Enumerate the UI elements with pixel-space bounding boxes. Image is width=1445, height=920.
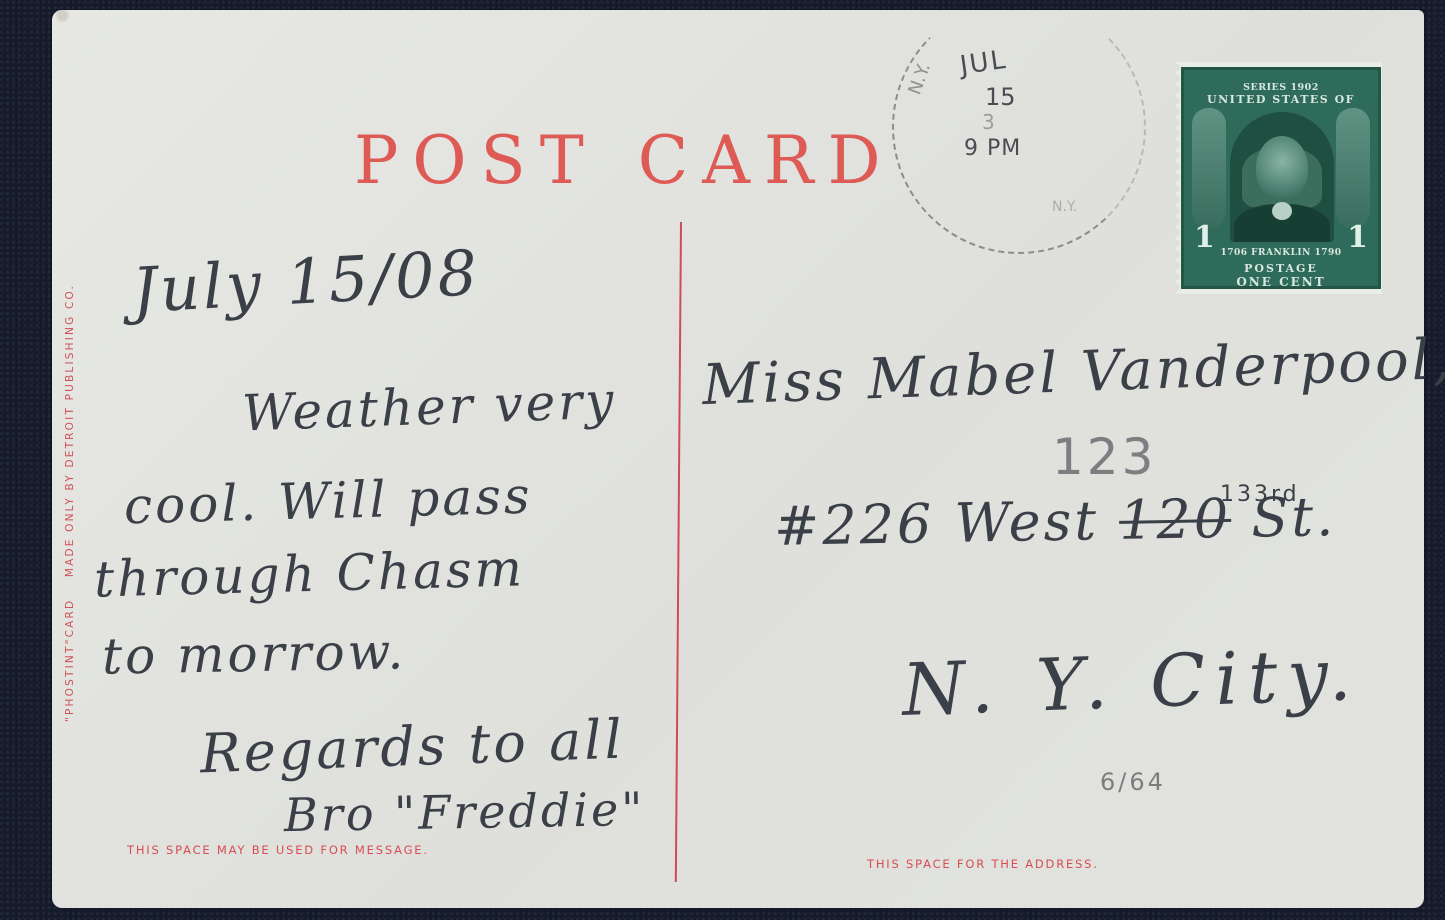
title-card: CARD [638, 122, 895, 199]
publisher-credit: "PHOSTINT"CARD MADE ONLY BY DETROIT PUBL… [64, 268, 76, 722]
detroit-publishing-label: MADE ONLY BY DETROIT PUBLISHING CO. [64, 284, 76, 577]
recipient-city: N. Y. City. [901, 632, 1363, 732]
street-prefix: #226 West [773, 489, 1119, 558]
stamp-figure-right-icon [1336, 108, 1370, 228]
message-line: Weather very [241, 371, 617, 442]
stamp-series: SERIES 1902 [1184, 82, 1378, 93]
recipient-name: Miss Mabel Vanderpool, [701, 327, 1445, 418]
stamp-postage: POSTAGE [1184, 262, 1378, 275]
postmark-day: 15 [985, 85, 1016, 109]
postmark-year: 3 [982, 112, 995, 132]
stamp-value: ONE CENT [1184, 275, 1378, 289]
title-post: POST [354, 122, 598, 199]
franklin-one-cent-stamp: SERIES 1902 UNITED STATES OF 1 1 1706 FR… [1176, 62, 1386, 294]
pencil-note: 6/64 [1100, 768, 1166, 796]
message-date: July 15/08 [130, 236, 481, 327]
message-line: to morrow. [102, 622, 407, 685]
message-line: through Chasm [93, 539, 525, 608]
message-closing: Regards to all [199, 708, 626, 786]
center-divider-line [675, 222, 682, 882]
message-space-label: THIS SPACE MAY BE USED FOR MESSAGE. [127, 843, 429, 857]
corner-wear [52, 10, 78, 24]
stamp-figure-left-icon [1192, 108, 1226, 228]
postmark-state: N.Y. [1052, 200, 1077, 214]
message-line: cool. Will pass [123, 467, 533, 536]
postcard-title: POSTCARD [354, 122, 895, 199]
postmark-circle [892, 0, 1146, 254]
postmark-time: 9 PM [964, 138, 1021, 160]
message-signature: Bro "Freddie" [284, 782, 646, 842]
postmark-month: JUL [958, 47, 1008, 79]
postcard: POSTCARD "PHOSTINT"CARD MADE ONLY BY DET… [52, 10, 1424, 908]
stamp-name-line: 1706 FRANKLIN 1790 [1184, 248, 1378, 258]
address-correction-number: 123 [1052, 428, 1156, 486]
stamp-design: SERIES 1902 UNITED STATES OF 1 1 1706 FR… [1181, 67, 1381, 289]
phostint-label: "PHOSTINT"CARD [64, 599, 76, 722]
street-struck-number: 120 [1119, 487, 1232, 552]
franklin-portrait-icon [1230, 112, 1334, 242]
address-space-label: THIS SPACE FOR THE ADDRESS. [867, 857, 1099, 871]
street-correction: 133rd [1220, 482, 1300, 507]
stamp-country: UNITED STATES OF [1184, 93, 1378, 106]
